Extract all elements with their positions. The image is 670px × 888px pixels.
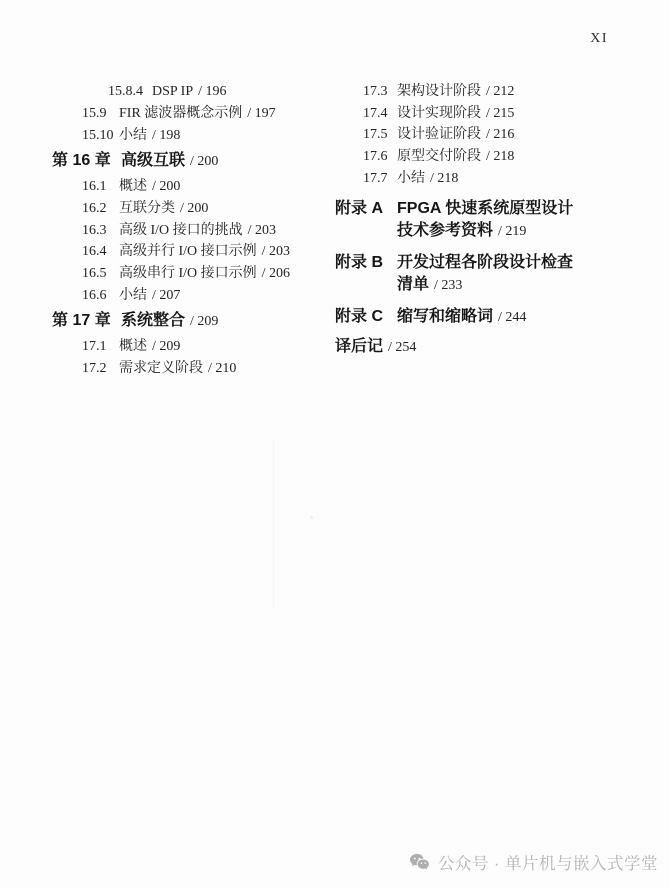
entry-number: 16.2 [82, 198, 119, 220]
entry-title: 互联分类 [119, 198, 175, 220]
entry-title: 小结 [397, 168, 425, 190]
entry-number: 17.4 [363, 103, 397, 125]
entry-number: 17.1 [82, 336, 119, 358]
appendix-title-line: 清单/ 233 [397, 274, 573, 298]
toc-entry: 15.10小结/ 198 [82, 125, 357, 147]
entry-number: 16.1 [82, 176, 119, 198]
entry-number: 附录 B [335, 252, 397, 275]
entry-title: 高级并行 I/O 接口示例 [119, 241, 257, 263]
entry-title: 设计实现阶段 [397, 103, 481, 125]
entry-page: / 218 [430, 168, 458, 190]
entry-number: 16.5 [82, 263, 119, 285]
toc-right-column: 17.3架构设计阶段/ 21217.4设计实现阶段/ 21517.5设计验证阶段… [335, 81, 665, 360]
entry-title: FPGA 快速系统原型设计 [397, 198, 573, 221]
entry-title: 技术参考资料 [397, 220, 493, 243]
entry-number: 17.6 [363, 146, 397, 168]
appendix-title: 缩写和缩略词/ 244 [397, 306, 526, 330]
entry-number: 第 17 章 [52, 309, 121, 333]
book-toc-page: XI 15.8.4DSP IP/ 19615.9FIR 滤波器概念示例/ 197… [0, 0, 670, 888]
entry-number: 17.3 [363, 81, 397, 103]
scan-artifact-speck [310, 516, 313, 519]
appendix-title-line: FPGA 快速系统原型设计 [397, 198, 573, 221]
entry-number: 附录 C [335, 306, 397, 329]
entry-page: / 200 [152, 176, 180, 198]
entry-number: 16.3 [82, 220, 119, 242]
entry-page: / 209 [190, 310, 218, 334]
appendix-title-line: 开发过程各阶段设计检查 [397, 252, 573, 275]
entry-number: 15.8.4 [108, 81, 152, 103]
entry-title: 小结 [119, 125, 147, 147]
toc-entry: 17.7小结/ 218 [363, 168, 665, 190]
toc-entry: 16.6小结/ 207 [82, 285, 357, 307]
entry-number: 15.9 [82, 103, 119, 125]
entry-title: 架构设计阶段 [397, 81, 481, 103]
entry-title: 高级串行 I/O 接口示例 [119, 263, 257, 285]
entry-title: 系统整合 [121, 309, 185, 333]
entry-page: / 198 [152, 125, 180, 147]
toc-entry: 16.1概述/ 200 [82, 176, 357, 198]
entry-page: / 197 [247, 103, 275, 125]
entry-title: 开发过程各阶段设计检查 [397, 252, 573, 275]
entry-number: 16.4 [82, 241, 119, 263]
entry-page: / 219 [498, 221, 526, 244]
entry-number: 17.2 [82, 358, 119, 380]
entry-page: / 210 [208, 358, 236, 380]
entry-title: 高级互联 [121, 149, 185, 173]
entry-number: 16.6 [82, 285, 119, 307]
toc-appendix-entry: 附录 AFPGA 快速系统原型设计技术参考资料/ 219 [335, 198, 665, 244]
entry-title: 高级 I/O 接口的挑战 [119, 220, 243, 242]
entry-page: / 203 [248, 220, 276, 242]
toc-entry: 16.4高级并行 I/O 接口示例/ 203 [82, 241, 357, 263]
toc-entry: 17.3架构设计阶段/ 212 [363, 81, 665, 103]
toc-appendix-entry: 附录 B开发过程各阶段设计检查清单/ 233 [335, 252, 665, 298]
toc-subentry: 15.8.4DSP IP/ 196 [108, 81, 357, 103]
entry-number: 第 16 章 [52, 149, 121, 173]
entry-page: / 212 [486, 81, 514, 103]
entry-number: 15.10 [82, 125, 119, 147]
entry-title: 概述 [119, 176, 147, 198]
entry-title: 需求定义阶段 [119, 358, 203, 380]
toc-left-column: 15.8.4DSP IP/ 19615.9FIR 滤波器概念示例/ 19715.… [52, 81, 357, 380]
entry-page: / 206 [262, 263, 290, 285]
entry-title: DSP IP [152, 81, 193, 103]
toc-entry: 17.4设计实现阶段/ 215 [363, 103, 665, 125]
entry-page: / 200 [180, 198, 208, 220]
page-number: XI [590, 31, 608, 47]
toc-chapter-entry: 第 16 章高级互联/ 200 [52, 149, 357, 174]
toc-entry: 17.6原型交付阶段/ 218 [363, 146, 665, 168]
appendix-title: FPGA 快速系统原型设计技术参考资料/ 219 [397, 198, 573, 244]
toc-entry: 16.3高级 I/O 接口的挑战/ 203 [82, 220, 357, 242]
entry-title: 小结 [119, 285, 147, 307]
entry-title: 译后记 [335, 336, 383, 359]
scan-artifact-line [273, 440, 274, 610]
watermark-text: 公众号 · 单片机与嵌入式学堂 [438, 850, 658, 874]
entry-page: / 203 [262, 241, 290, 263]
entry-page: / 207 [152, 285, 180, 307]
entry-page: / 216 [486, 124, 514, 146]
entry-page: / 215 [486, 103, 514, 125]
entry-page: / 196 [198, 81, 226, 103]
entry-title: 缩写和缩略词 [397, 306, 493, 329]
toc-entry: 16.5高级串行 I/O 接口示例/ 206 [82, 263, 357, 285]
entry-page: / 200 [190, 150, 218, 174]
toc-entry: 17.2需求定义阶段/ 210 [82, 358, 357, 380]
toc-entry: 17.1概述/ 209 [82, 336, 357, 358]
appendix-title-line: 技术参考资料/ 219 [397, 220, 573, 244]
toc-backmatter-entry: 译后记/ 254 [335, 336, 665, 360]
entry-page: / 244 [498, 307, 526, 330]
entry-page: / 254 [388, 337, 416, 360]
entry-page: / 218 [486, 146, 514, 168]
entry-page: / 209 [152, 336, 180, 358]
entry-page: / 233 [434, 275, 462, 298]
entry-number: 附录 A [335, 198, 397, 221]
entry-title: 原型交付阶段 [397, 146, 481, 168]
watermark: 公众号 · 单片机与嵌入式学堂 [409, 850, 658, 874]
entry-title: FIR 滤波器概念示例 [119, 103, 242, 125]
appendix-title-line: 缩写和缩略词/ 244 [397, 306, 526, 330]
entry-number: 17.5 [363, 124, 397, 146]
entry-title: 清单 [397, 274, 429, 297]
entry-title: 概述 [119, 336, 147, 358]
toc-appendix-entry: 附录 C缩写和缩略词/ 244 [335, 306, 665, 330]
toc-entry: 16.2互联分类/ 200 [82, 198, 357, 220]
wechat-icon [409, 853, 430, 872]
toc-chapter-entry: 第 17 章系统整合/ 209 [52, 309, 357, 334]
toc-entry: 17.5设计验证阶段/ 216 [363, 124, 665, 146]
appendix-title: 开发过程各阶段设计检查清单/ 233 [397, 252, 573, 298]
entry-title: 设计验证阶段 [397, 124, 481, 146]
entry-number: 17.7 [363, 168, 397, 190]
toc-entry: 15.9FIR 滤波器概念示例/ 197 [82, 103, 357, 125]
